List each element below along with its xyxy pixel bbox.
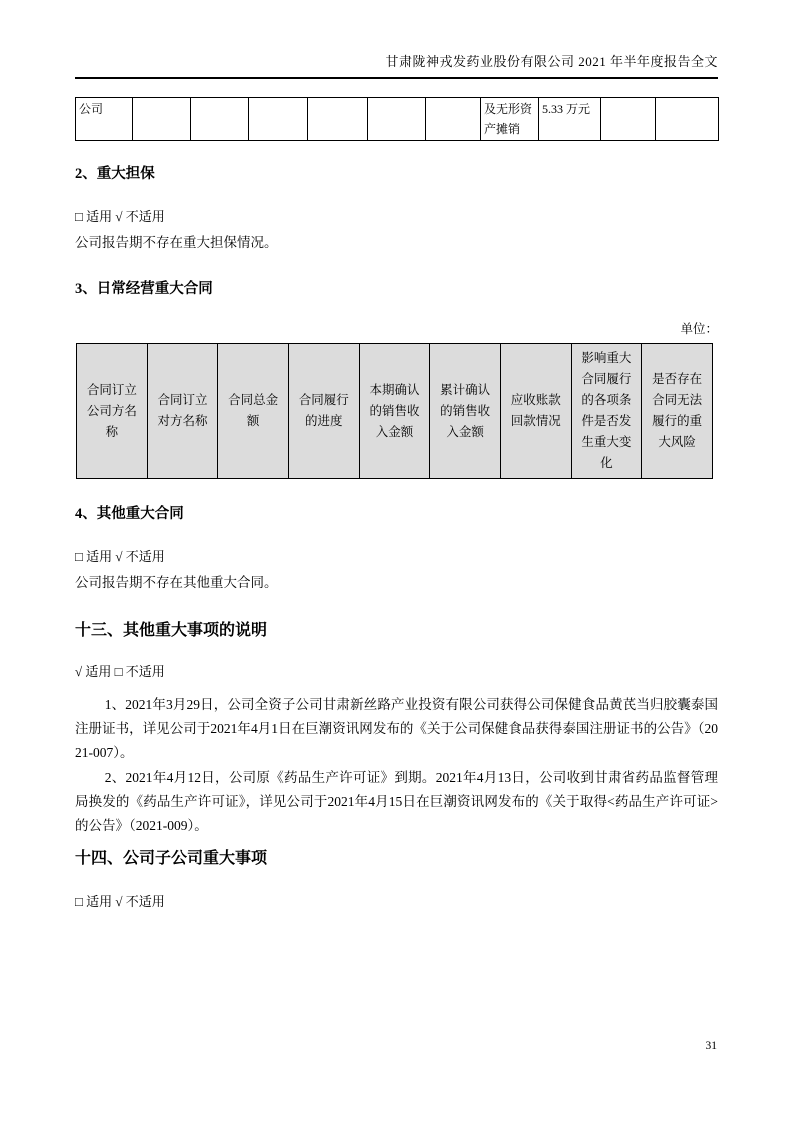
table-cell	[368, 98, 426, 141]
header-cell: 合同履行的进度	[288, 344, 359, 479]
header-cell: 合同订立公司方名称	[77, 344, 148, 479]
section-4-note: 公司报告期不存在其他重大合同。	[75, 574, 718, 592]
section-13-applicability: √ 适用 □ 不适用	[75, 663, 718, 680]
continuation-table: 公司 及无形资产摊销 5.33 万元	[75, 97, 719, 141]
header-cell: 合同订立对方名称	[147, 344, 218, 479]
section-14-heading: 十四、公司子公司重大事项	[75, 848, 718, 869]
table-cell	[191, 98, 249, 141]
header-cell: 影响重大合同履行的各项条件是否发生重大变化	[571, 344, 642, 479]
table-cell	[249, 98, 308, 141]
section-2-note: 公司报告期不存在重大担保情况。	[75, 234, 718, 252]
header-cell: 合同总金额	[218, 344, 289, 479]
table-cell: 5.33 万元	[539, 98, 601, 141]
table-cell	[426, 98, 481, 141]
section-3-heading: 3、日常经营重大合同	[75, 280, 718, 299]
table-cell: 及无形资产摊销	[481, 98, 539, 141]
unit-label: 单位：	[75, 321, 718, 337]
header-cell: 本期确认的销售收入金额	[359, 344, 430, 479]
contracts-table: 合同订立公司方名称 合同订立对方名称 合同总金额 合同履行的进度 本期确认的销售…	[76, 343, 713, 479]
section-2-applicability: □ 适用 √ 不适用	[75, 208, 718, 225]
table-header-row: 合同订立公司方名称 合同订立对方名称 合同总金额 合同履行的进度 本期确认的销售…	[77, 344, 713, 479]
section-13-paragraph: 1、2021年3月29日，公司全资子公司甘肃新丝路产业投资有限公司获得公司保健食…	[75, 693, 718, 765]
table-cell	[133, 98, 191, 141]
section-13-heading: 十三、其他重大事项的说明	[75, 620, 718, 641]
page-header-title: 甘肃陇神戎发药业股份有限公司 2021 年半年度报告全文	[75, 53, 718, 79]
table-cell: 公司	[76, 98, 133, 141]
table-cell	[601, 98, 656, 141]
section-4-applicability: □ 适用 √ 不适用	[75, 548, 718, 565]
table-row: 公司 及无形资产摊销 5.33 万元	[76, 98, 719, 141]
header-cell: 累计确认的销售收入金额	[430, 344, 501, 479]
page-number: 31	[706, 1040, 718, 1052]
table-cell	[308, 98, 368, 141]
report-page: 甘肃陇神戎发药业股份有限公司 2021 年半年度报告全文 公司 及无形资产摊销 …	[0, 0, 793, 1122]
section-13-paragraph: 2、2021年4月12日，公司原《药品生产许可证》到期。2021年4月13日，公…	[75, 766, 718, 838]
section-4-heading: 4、其他重大合同	[75, 505, 718, 524]
table-cell	[656, 98, 719, 141]
section-14-applicability: □ 适用 √ 不适用	[75, 893, 718, 910]
header-cell: 是否存在合同无法履行的重大风险	[642, 344, 713, 479]
header-cell: 应收账款回款情况	[500, 344, 571, 479]
section-2-heading: 2、重大担保	[75, 165, 718, 184]
